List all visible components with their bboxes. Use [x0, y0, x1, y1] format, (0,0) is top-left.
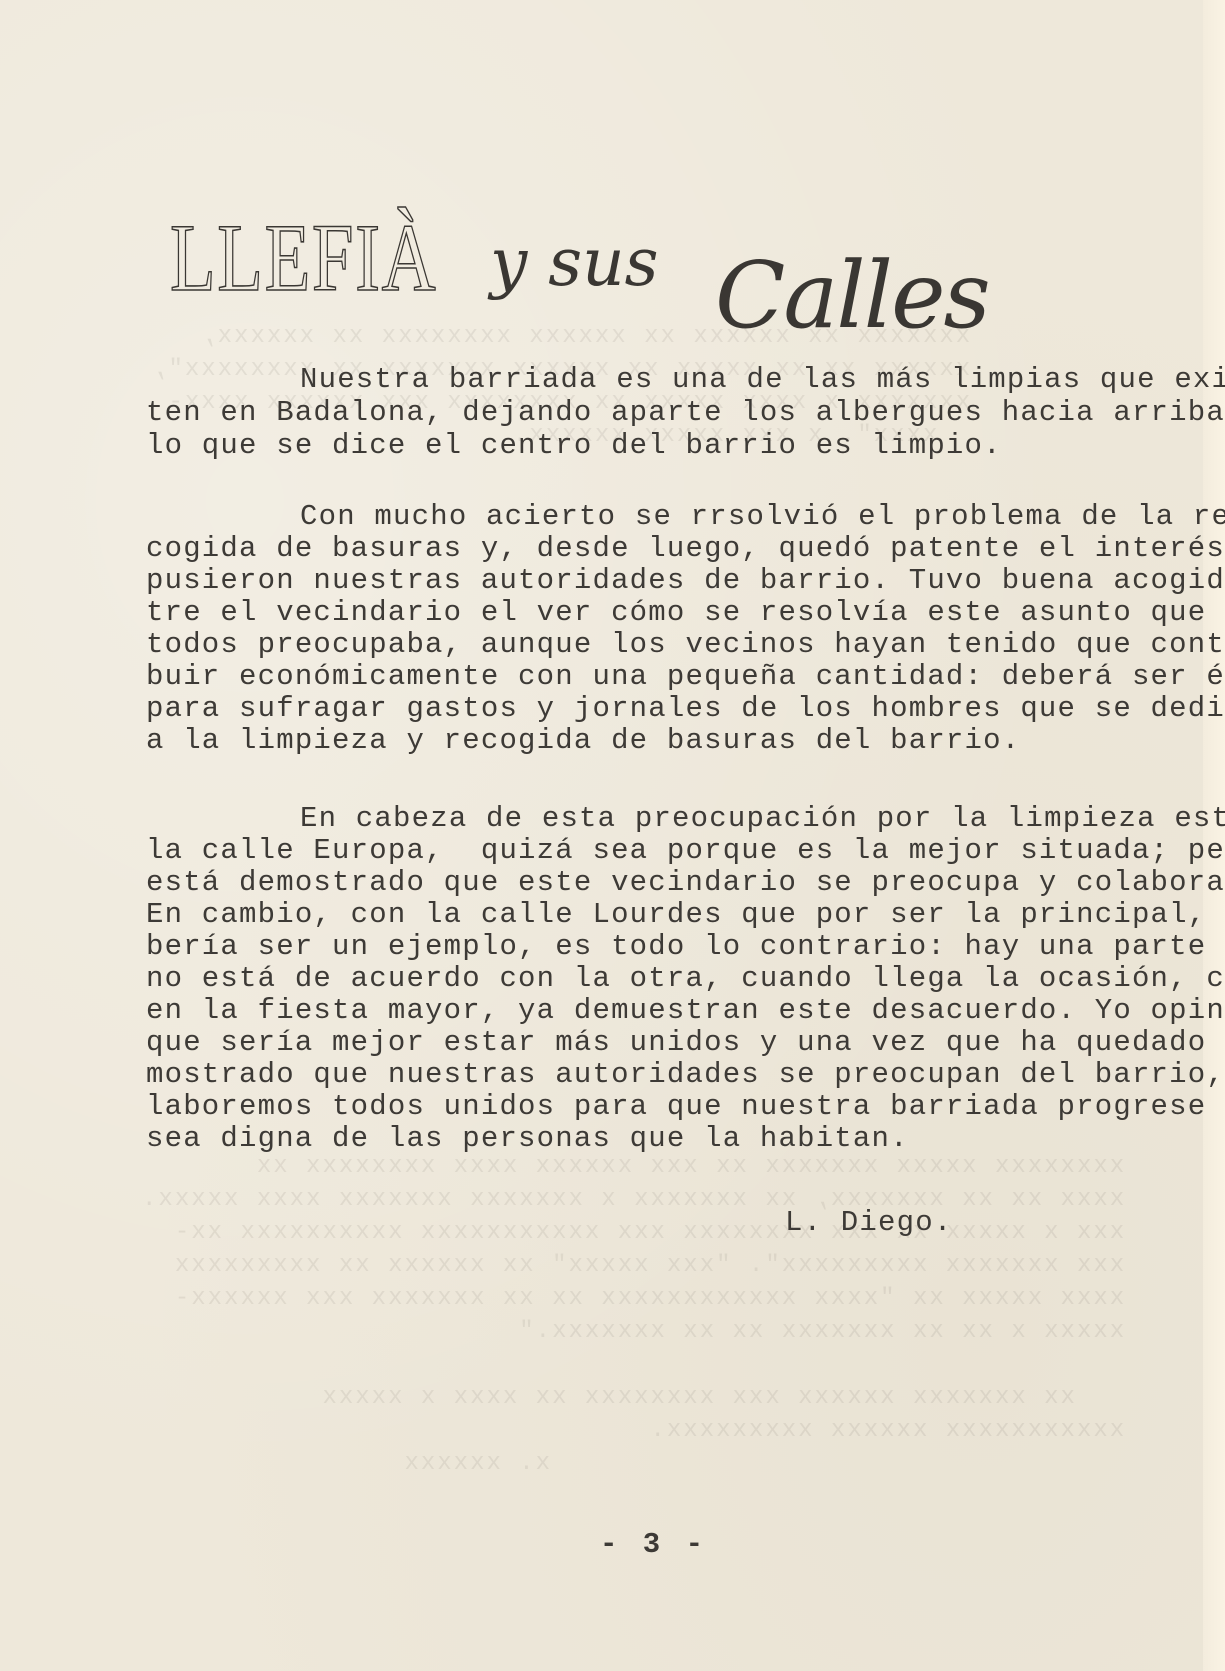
- paragraph-1-line-2: ten en Badalona, dejando aparte los albe…: [146, 397, 1225, 429]
- author-signature: L. Diego.: [785, 1206, 952, 1239]
- title-llefia: LLEFIÀ: [170, 210, 437, 306]
- paragraph-3-line-10: laboremos todos unidos para que nuestra …: [146, 1091, 1225, 1123]
- paragraph-3-line-5: bería ser un ejemplo, es todo lo contrar…: [146, 931, 1225, 963]
- paragraph-3-line-2: la calle Europa, quizá sea porque es la …: [146, 835, 1225, 867]
- paragraph-2-line-1: Con mucho acierto se rrsolvió el problem…: [300, 501, 1225, 533]
- article-title: LLEFIÀ y sus Calles: [170, 200, 1000, 350]
- paragraph-3-line-7: en la fiesta mayor, ya demuestran este d…: [146, 995, 1225, 1027]
- paragraph-3-line-1: En cabeza de esta preocupación por la li…: [300, 803, 1225, 835]
- paragraph-1-line-3: lo que se dice el centro del barrio es l…: [146, 430, 1002, 462]
- bleed-through-bottom: xxxxxxxx xxxxx xxxxxxx xx xxx xxxxxx xxx…: [140, 1150, 1124, 1480]
- title-y-sus: y sus: [490, 230, 659, 296]
- title-calles: Calles: [715, 250, 989, 342]
- paragraph-3-line-11: sea digna de las personas que la habitan…: [146, 1123, 909, 1155]
- paragraph-3-line-6: no está de acuerdo con la otra, cuando l…: [146, 963, 1225, 995]
- page-number: - 3 -: [600, 1528, 707, 1561]
- paragraph-3-line-3: está demostrado que este vecindario se p…: [146, 867, 1225, 899]
- paragraph-3-line-4: En cambio, con la calle Lourdes que por …: [146, 899, 1225, 931]
- paragraph-2-line-8: a la limpieza y recogida de basuras del …: [146, 725, 1020, 757]
- paragraph-2-line-3: pusieron nuestras autoridades de barrio.…: [146, 565, 1225, 597]
- paragraph-3-line-8: que sería mejor estar más unidos y una v…: [146, 1027, 1225, 1059]
- paragraph-1-line-1: Nuestra barriada es una de las más limpi…: [300, 364, 1225, 396]
- paragraph-2-line-7: para sufragar gastos y jornales de los h…: [146, 693, 1225, 725]
- paragraph-2-line-6: buir económicamente con una pequeña cant…: [146, 661, 1225, 693]
- paragraph-2-line-2: cogida de basuras y, desde luego, quedó …: [146, 533, 1225, 565]
- paragraph-2-line-4: tre el vecindario el ver cómo se resolví…: [146, 597, 1225, 629]
- paragraph-2-line-5: todos preocupaba, aunque los vecinos hay…: [146, 629, 1225, 661]
- text-line: Nuestra barriada es una de las más limpi…: [300, 363, 1225, 396]
- paragraph-3-line-9: mostrado que nuestras autoridades se pre…: [146, 1059, 1225, 1091]
